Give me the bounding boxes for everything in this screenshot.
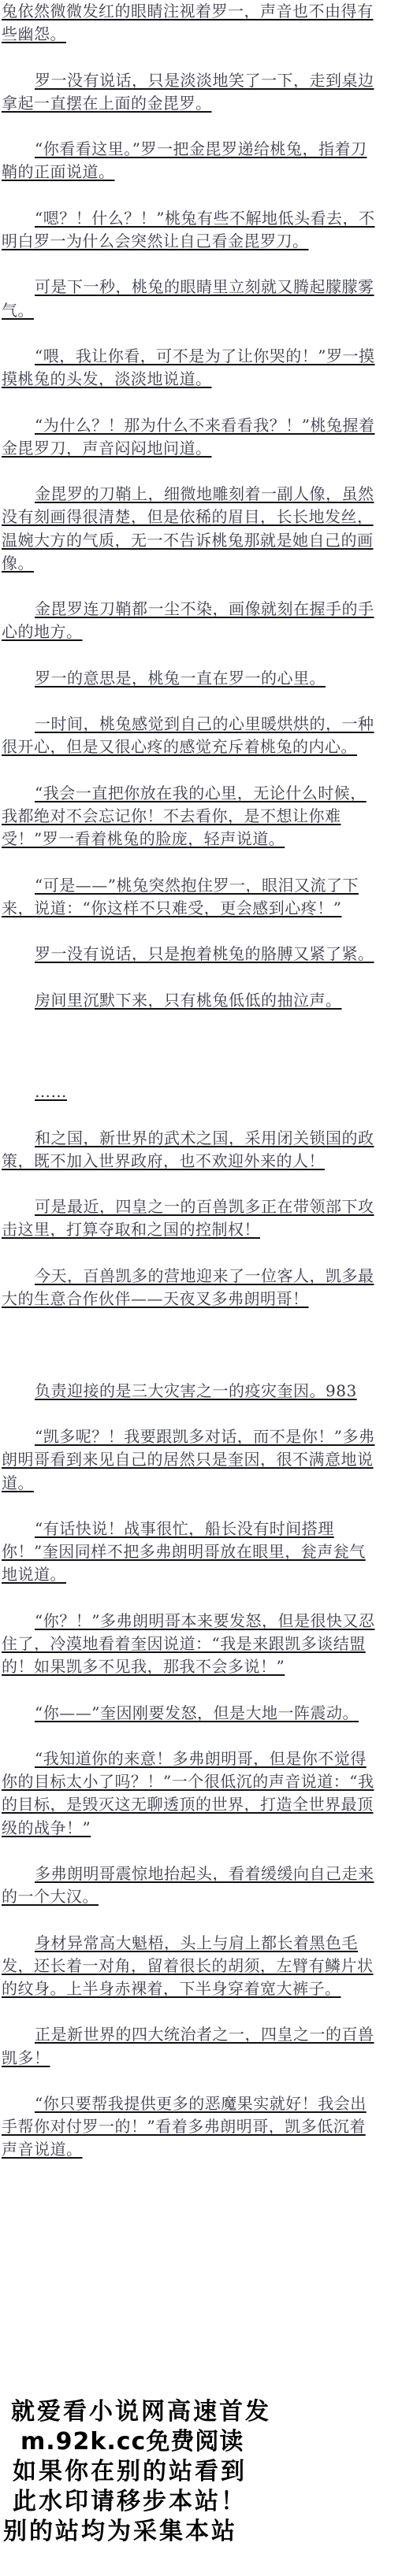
paragraph: 一时间，桃兔感觉到自己的心里暖烘烘的，一种很开心，但是又很心疼的感觉充斥着桃兔的… [2,713,378,758]
paragraph: 今天，百兽凯多的营地迎来了一位客人，凯多最大的生意合作伙伴——天夜叉多弗朗明哥！ [2,1265,378,1310]
paragraph-text: 负责迎接的是三大灾害之一的疫灾奎因。983 [35,1381,357,1400]
paragraph: “可是——”桃兔突然抱住罗一，眼泪又流了下来，说道：“你这样不只难受，更会感到心… [2,874,378,920]
paragraph-text: “我知道你的来意！多弗朗明哥，但是你不觉得你的目标太小了吗？！”一个很低沉的声音… [2,1749,374,1837]
paragraph-text: 兔依然微微发红的眼睛注视着罗一，声音也不由得有些幽怨。 [2,2,374,43]
paragraph: “为什么？！那为什么不来看看我？！”桃兔握着金毘罗刀，声音闷闷地问道。 [2,414,378,460]
paragraph: 可是最近，四皇之一的百兽凯多正在带领部下攻击这里，打算夺取和之国的控制权！ [2,1195,378,1241]
paragraph-text: 今天，百兽凯多的营地迎来了一位客人，凯多最大的生意合作伙伴——天夜叉多弗朗明哥！ [2,1266,374,1308]
paragraph: 正是新世界的四大统治者之一，四皇之一的百兽凯多！ [2,2023,378,2069]
watermark-line: 就爱看小说网高速首发 [3,2397,287,2427]
paragraph-text: 金毘罗的刀鞘上，细微地雕刻着一副人像，虽然没有刻画得很清楚，但是依稀的眉目，长长… [2,484,374,573]
paragraph-text: “有话快说！战事很忙，船长没有时间搭理你！”奎因同样不把多弗朗明哥放在眼里，瓮声… [2,1519,366,1584]
paragraph: “你只要帮我提供更多的恶魔果实就好！我会出手帮你对付罗一的！”看着多弗朗明哥，凯… [2,2092,378,2162]
paragraph-text: “喂，我让你看，可不是为了让你哭的！”罗一摸摸桃兔的头发，淡淡地说道。 [2,347,374,388]
paragraph-text: 可是最近，四皇之一的百兽凯多正在带领部下攻击这里，打算夺取和之国的控制权！ [2,1197,374,1239]
watermark-line: 如果你在别的站看到 [3,2457,287,2487]
paragraph-text: “嗯？！什么？！”桃兔有些不解地低头看去，不明白罗一为什么会突然让自己看金毘罗刀… [2,209,374,250]
paragraph-text: “你——”奎因刚要发怒，但是大地一阵震动。 [35,1703,359,1722]
paragraph: 兔依然微微发红的眼睛注视着罗一，声音也不由得有些幽怨。 [2,0,378,46]
article-body: 兔依然微微发红的眼睛注视着罗一，声音也不由得有些幽怨。罗一没有说话，只是淡淡地笑… [2,0,378,2185]
paragraph-text: 房间里沉默下来，只有桃兔低低的抽泣声。 [35,991,342,1010]
paragraph: “你看看这里。”罗一把金毘罗递给桃兔，指着刀鞘的正面说道。 [2,138,378,183]
paragraph: “你——”奎因刚要发怒，但是大地一阵震动。 [2,1702,378,1725]
paragraph: “嗯？！什么？！”桃兔有些不解地低头看去，不明白罗一为什么会突然让自己看金毘罗刀… [2,207,378,253]
spacer [2,1357,378,1380]
paragraph-text: “为什么？！那为什么不来看看我？！”桃兔握着金毘罗刀，声音闷闷地问道。 [2,416,374,458]
paragraph-text: 和之国，新世界的武术之国，采用闭关锁国的政策，既不加入世界政府，也不欢迎外来的人… [2,1129,374,1170]
paragraph: 金毘罗的刀鞘上，细微地雕刻着一副人像，虽然没有刻画得很清楚，但是依稀的眉目，长长… [2,483,378,575]
paragraph-text: 罗一没有说话，只是淡淡地笑了一下，走到桌边拿起一直摆在上面的金毘罗。 [2,71,374,113]
paragraph: 负责迎接的是三大灾害之一的疫灾奎因。983 [2,1380,378,1403]
spacer [2,1058,378,1080]
paragraph: “我知道你的来意！多弗朗明哥，但是你不觉得你的目标太小了吗？！”一个很低沉的声音… [2,1748,378,1840]
spacer [2,1333,378,1356]
paragraph-text: “凯多呢？！我要跟凯多对话，而不是你！”多弗朗明哥看到来见自己的居然只是奎因，很… [2,1427,374,1492]
paragraph-text: 一时间，桃兔感觉到自己的心里暖烘烘的，一种很开心，但是又很心疼的感觉充斥着桃兔的… [2,714,374,756]
paragraph-text: 多弗朗明哥震惊地抬起头，看着缓缓向自己走来的一个大汉。 [2,1864,374,1906]
watermark-line: 此水印请移步本站！ [3,2487,287,2517]
paragraph-text: “你？！”多弗朗明哥本来要发怒，但是很快又忍住了，冷漠地看着奎因说道：“我是来跟… [2,1611,374,1676]
paragraph-text: 正是新世界的四大统治者之一，四皇之一的百兽凯多！ [2,2025,374,2066]
watermark-url-line: m.92k.cc免费阅读 [3,2427,287,2457]
paragraph: 可是下一秒，桃兔的眼睛里立刻就又腾起朦朦雾气。 [2,276,378,321]
site-watermark: 就爱看小说网高速首发 m.92k.cc免费阅读 如果你在别的站看到 此水印请移步… [3,2397,287,2547]
paragraph-text: “你看看这里。”罗一把金毘罗递给桃兔，指着刀鞘的正面说道。 [2,139,367,181]
paragraph: …… [2,1080,378,1103]
paragraph: “凯多呢？！我要跟凯多对话，而不是你！”多弗朗明哥看到来见自己的居然只是奎因，很… [2,1425,378,1495]
paragraph-text: 可是下一秒，桃兔的眼睛里立刻就又腾起朦朦雾气。 [2,277,374,319]
paragraph: “我会一直把你放在我的心里，无论什么时候，我都绝对不会忘记你！不去看你，是不想让… [2,782,378,851]
paragraph-text: 金毘罗连刀鞘都一尘不染，画像就刻在握手的手心的地方。 [2,599,374,641]
paragraph: “你？！”多弗朗明哥本来要发怒，但是很快又忍住了，冷漠地看着奎因说道：“我是来跟… [2,1610,378,1679]
paragraph-text: 身材异常高大魁梧，头上与肩上都长着黑色毛发，还长着一对角，留着很长的胡须，左臂有… [2,1933,374,1998]
paragraph: 多弗朗明哥震惊地抬起头，看着缓缓向自己走来的一个大汉。 [2,1863,378,1908]
paragraph-text: “我会一直把你放在我的心里，无论什么时候，我都绝对不会忘记你！不去看你，是不想让… [2,784,367,848]
spacer [2,1035,378,1058]
paragraph-text: “可是——”桃兔突然抱住罗一，眼泪又流了下来，说道：“你这样不只难受，更会感到心… [2,876,359,917]
paragraph: 罗一的意思是，桃兔一直在罗一的心里。 [2,667,378,690]
paragraph: 金毘罗连刀鞘都一尘不染，画像就刻在握手的手心的地方。 [2,598,378,643]
watermark-line: 别的站均为采集本站 [3,2517,287,2547]
paragraph: 和之国，新世界的武术之国，采用闭关锁国的政策，既不加入世界政府，也不欢迎外来的人… [2,1127,378,1173]
paragraph: 罗一没有说话，只是抱着桃兔的胳膊又紧了紧。 [2,943,378,966]
paragraph: “有话快说！战事很忙，船长没有时间搭理你！”奎因同样不把多弗朗明哥放在眼里，瓮声… [2,1518,378,1587]
paragraph-text: …… [35,1082,67,1101]
paragraph: 房间里沉默下来，只有桃兔低低的抽泣声。 [2,989,378,1012]
paragraph: 身材异常高大魁梧，头上与肩上都长着黑色毛发，还长着一对角，留着很长的胡须，左臂有… [2,1932,378,2001]
paragraph-text: 罗一没有说话，只是抱着桃兔的胳膊又紧了紧。 [35,944,374,963]
paragraph: “喂，我让你看，可不是为了让你哭的！”罗一摸摸桃兔的头发，淡淡地说道。 [2,345,378,391]
paragraph-text: “你只要帮我提供更多的恶魔果实就好！我会出手帮你对付罗一的！”看着多弗朗明哥，凯… [2,2094,367,2159]
paragraph-text: 罗一的意思是，桃兔一直在罗一的心里。 [35,669,326,688]
paragraph: 罗一没有说话，只是淡淡地笑了一下，走到桌边拿起一直摆在上面的金毘罗。 [2,69,378,115]
